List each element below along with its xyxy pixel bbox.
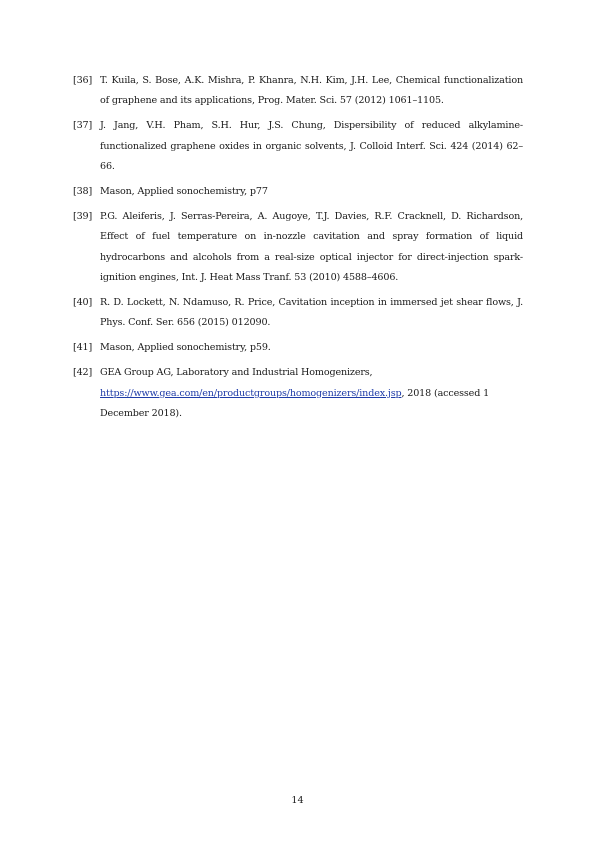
reference-number: [36] <box>73 71 100 112</box>
page-number: 14 <box>0 795 595 806</box>
reference-41: [41] Mason, Applied sonochemistry, p59. <box>73 338 523 358</box>
reference-number: [40] <box>73 293 100 334</box>
reference-number: [38] <box>73 182 100 202</box>
reference-40: [40] R. D. Lockett, N. Ndamuso, R. Price… <box>73 293 523 334</box>
reference-text: Mason, Applied sonochemistry, p77 <box>100 182 523 202</box>
reference-37: [37] J. Jang, V.H. Pham, S.H. Hur, J.S. … <box>73 116 523 177</box>
reference-text: R. D. Lockett, N. Ndamuso, R. Price, Cav… <box>100 293 523 334</box>
reference-text: J. Jang, V.H. Pham, S.H. Hur, J.S. Chung… <box>100 116 523 177</box>
reference-number: [39] <box>73 207 100 289</box>
reference-38: [38] Mason, Applied sonochemistry, p77 <box>73 182 523 202</box>
reference-text: GEA Group AG, Laboratory and Industrial … <box>100 363 523 424</box>
reference-number: [41] <box>73 338 100 358</box>
reference-number: [42] <box>73 363 100 424</box>
reference-text-before: GEA Group AG, Laboratory and Industrial … <box>100 367 372 378</box>
reference-39: [39] P.G. Aleiferis, J. Serras-Pereira, … <box>73 207 523 289</box>
reference-42: [42] GEA Group AG, Laboratory and Indust… <box>73 363 523 424</box>
reference-url-link[interactable]: https://www.gea.com/en/productgroups/hom… <box>100 388 401 399</box>
reference-number: [37] <box>73 116 100 177</box>
reference-text: P.G. Aleiferis, J. Serras-Pereira, A. Au… <box>100 207 523 289</box>
reference-text: T. Kuila, S. Bose, A.K. Mishra, P. Khanr… <box>100 71 523 112</box>
reference-text: Mason, Applied sonochemistry, p59. <box>100 338 523 358</box>
reference-36: [36] T. Kuila, S. Bose, A.K. Mishra, P. … <box>73 71 523 112</box>
reference-list: [36] T. Kuila, S. Bose, A.K. Mishra, P. … <box>73 71 523 429</box>
